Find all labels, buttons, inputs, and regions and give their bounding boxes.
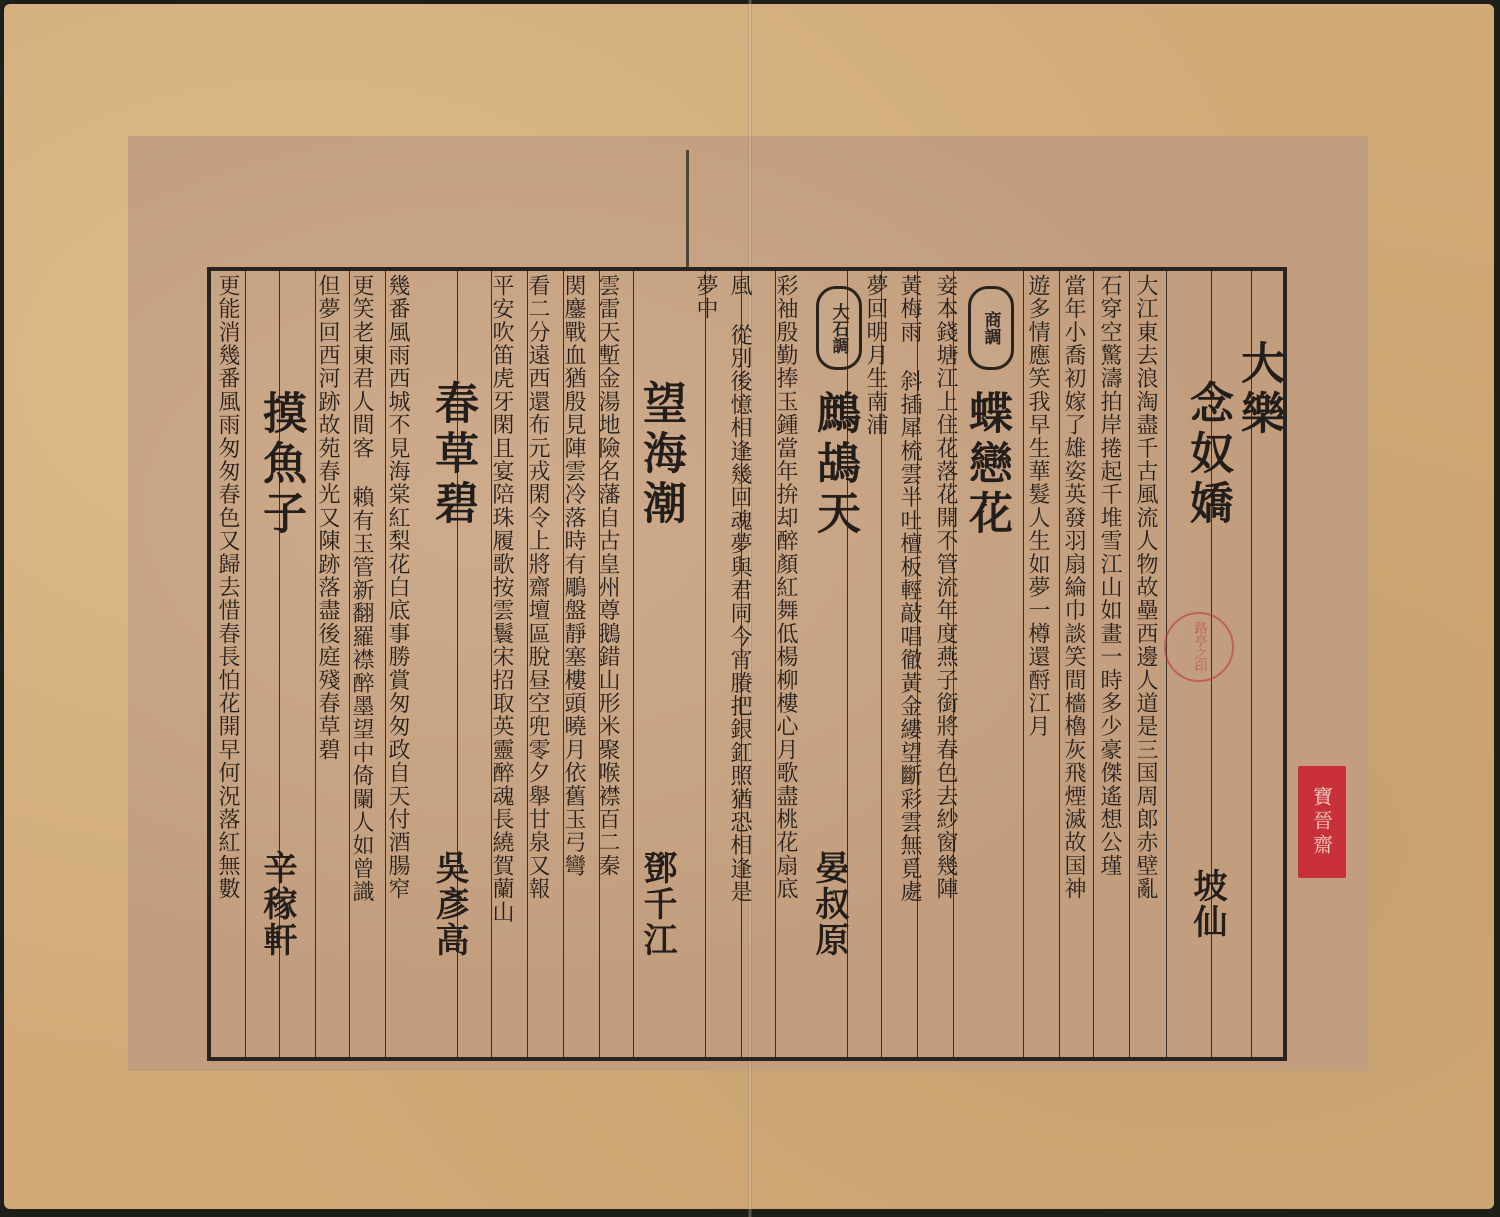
poem-line: 夢中 xyxy=(694,274,716,320)
poem-line: 更能消幾番風雨匆匆春色又歸去惜春長怕花開早何況落紅無數 xyxy=(216,274,238,900)
poem-line: 幾番風雨西城不見海棠紅梨花白底事勝賞匆匆政自天付酒腸窄 xyxy=(386,274,408,900)
column-rule xyxy=(633,271,634,1057)
poem-tune-title: 鷓鴣天 xyxy=(812,390,856,540)
mode-badge: 商調 xyxy=(968,286,1014,370)
poem-line: 黃梅雨 斜插犀梳雲半吐檀板輕敲唱徹黃金縷望斷彩雲無覓處 xyxy=(898,274,920,903)
poem-line: 関鏖戰血猶殷見陣雲冷落時有鵰盤靜塞樓頭曉月依舊玉弓彎 xyxy=(562,274,584,877)
poem-line: 但夢回西河跡故苑春光又陳跡落盡後庭殘春草碧 xyxy=(316,274,338,761)
poem-line: 平安吹笛虎牙閑且宴陪珠履歌按雲鬟宋招取英靈醉魂長繞賀蘭山 xyxy=(490,274,512,924)
poem-author: 晏叔原 xyxy=(812,850,846,958)
column-rule xyxy=(1023,271,1024,1057)
poem-author: 辛稼軒 xyxy=(260,850,294,958)
poem-line: 石穿空驚濤拍岸捲起千堆雪江山如畫一時多少豪傑遙想公瑾 xyxy=(1098,274,1120,877)
poem-line: 遊多情應笑我早生華髮人生如夢一樽還酹江月 xyxy=(1026,274,1048,738)
poem-line: 妾本錢塘江上住花落花開不管流年度燕子銜將春色去紗窗幾陣 xyxy=(934,274,956,900)
poem-line: 彩袖殷勤捧玉鍾當年拚却醉顏紅舞低楊柳樓心月歌盡桃花扇底 xyxy=(774,274,796,900)
poem-tune-title: 春草碧 xyxy=(430,380,474,530)
poem-author: 坡仙 xyxy=(1190,868,1224,940)
column-rule xyxy=(1059,271,1060,1057)
poem-author: 吳彥高 xyxy=(432,850,466,958)
column-rule xyxy=(1129,271,1130,1057)
poem-line: 更笑老東君人間客 賴有玉管新翻羅襟醉墨望中倚闌人如曾識 xyxy=(350,274,372,903)
poem-line: 大江東去浪淘盡千古風流人物故壘西邊人道是三国周郎赤壁亂 xyxy=(1134,274,1156,900)
poem-line: 雲雷天塹金湯地險名藩自古皇州尊鵝錯山形米聚喉襟百二秦 xyxy=(596,274,618,877)
mode-badge: 大石調 xyxy=(816,286,862,370)
column-rule xyxy=(1093,271,1094,1057)
column-rule xyxy=(245,271,246,1057)
column-rule xyxy=(1166,271,1167,1057)
poem-tune-title: 蝶戀花 xyxy=(964,390,1008,540)
poem-line: 看二分遠西還布元戎閑令上將齋壇區脫昼空兜零夕舉甘泉又報 xyxy=(526,274,548,900)
poem-line: 風 從別後憶相逢幾回魂夢與君同今宵賸把銀釭照猶恐相逢是 xyxy=(728,274,750,903)
fold-mark xyxy=(686,150,689,270)
poem-line: 夢回明月生南浦 xyxy=(864,274,886,436)
column-rule xyxy=(705,271,706,1057)
poem-tune-title: 望海潮 xyxy=(638,380,682,530)
poem-tune-title: 摸魚子 xyxy=(258,390,302,540)
poem-line: 當年小喬初嫁了雄姿英發羽扇綸巾談笑間檣櫓灰飛煙滅故国神 xyxy=(1062,274,1084,900)
rectangular-red-seal: 寶晉齋 xyxy=(1298,766,1346,878)
poem-tune-title: 念奴嬌 xyxy=(1185,380,1229,530)
category-title: 大樂 xyxy=(1236,340,1280,440)
poem-author: 鄧千江 xyxy=(640,850,674,958)
round-red-seal: 路亭之印 xyxy=(1164,612,1234,682)
